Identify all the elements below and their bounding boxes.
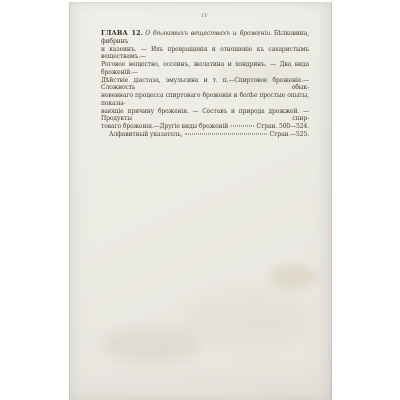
page-number: IV [101,13,309,19]
page-range: Стран.—525. [270,131,310,139]
dot-leader [185,133,266,134]
paper-stain [270,265,316,289]
paper-stain [180,293,310,348]
toc-line-text: товаго броженія.—Другіе виды броженій [101,123,228,131]
index-line: Алфавитный указатель, Стран.—525. [101,131,309,139]
toc-line: вающіе причину броженія. — Составъ и при… [101,108,309,124]
scan-background: IV ГЛАВА 12.О бѣлковыхъ веществахъ и бро… [0,0,400,400]
toc-line: и казеинъ. — Ихъ превращенія и отношеніе… [101,46,309,62]
toc-line-with-pages: товаго броженія.—Другіе виды броженій Ст… [101,123,309,131]
page-range: Стран. 500—524. [257,123,309,131]
toc-line: новеннаго процесса спиртоваго броженія и… [101,92,309,108]
index-label: Алфавитный указатель, [109,131,182,139]
toc-line: ГЛАВА 12.О бѣлковыхъ веществахъ и брожен… [101,30,309,46]
chapter-title: О бѣлковыхъ веществахъ и броженіи. [145,30,272,37]
toc-line: Дѣйствіе діастаза, эмульсина и т. п.—Спи… [101,77,309,93]
book-page: IV ГЛАВА 12.О бѣлковыхъ веществахъ и бро… [69,2,332,400]
paper-stain [100,328,200,362]
dot-leader [231,126,253,127]
toc-line: Роговое вещество, оссеинъ, желатина и хо… [101,61,309,77]
chapter-label: ГЛАВА 12. [101,29,143,37]
toc-paragraph: ГЛАВА 12.О бѣлковыхъ веществахъ и брожен… [101,30,309,139]
